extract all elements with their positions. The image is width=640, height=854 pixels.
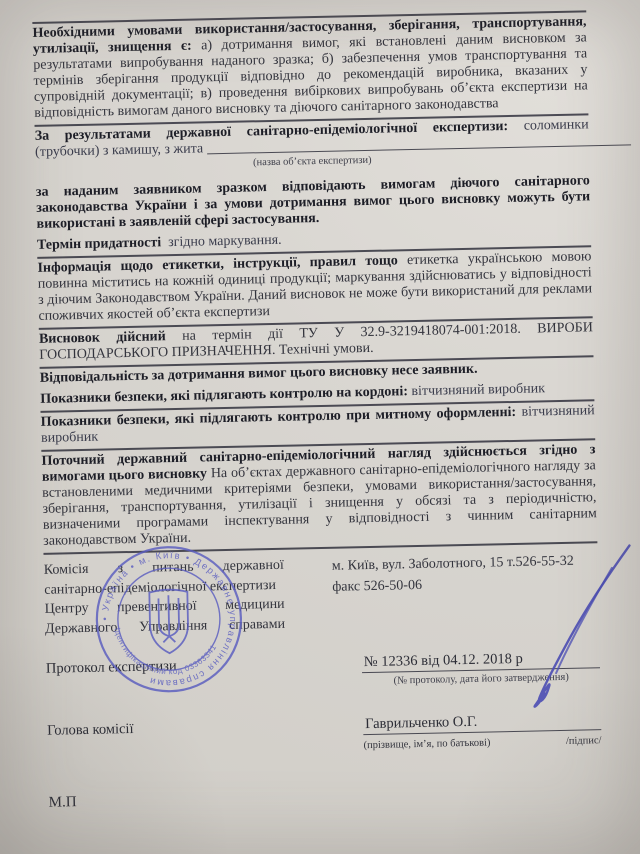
- clause-validity-lead: Висновок дійсний: [39, 329, 166, 347]
- shelf-life-value: згідно маркування.: [168, 233, 282, 250]
- trident-icon: [149, 589, 188, 653]
- clause-shelf-life-lead: Термін придатності: [37, 235, 161, 253]
- document-photo: Необхідними умовами використання/застосу…: [0, 0, 640, 854]
- official-round-stamp: • Україна • м. Київ • Державне управлінн…: [88, 539, 249, 700]
- head-name-caption: (прізвище, ім’я, по батькові): [363, 736, 490, 755]
- clause-labeling: Інформація щодо етикетки, інструкції, пр…: [37, 245, 592, 328]
- handwritten-signature: [491, 541, 640, 709]
- head-label: Голова комісії: [47, 721, 134, 739]
- head-of-commission-row: Голова комісії Гаврильченко О.Г. (прізви…: [47, 711, 602, 761]
- clause-expertise-result: За результатами державної санітарно-епід…: [35, 113, 590, 177]
- seal-place-label: М.П: [49, 783, 603, 811]
- clause-ongoing-supervision: Поточний державний санітарно-епідеміолог…: [41, 440, 597, 555]
- border-control-value: вітчизняний виробник: [411, 381, 545, 399]
- clause-usage-conditions: Необхідними умовами використання/застосу…: [32, 10, 588, 125]
- paper-sheet: Необхідними умовами використання/застосу…: [0, 0, 640, 854]
- head-signature-block: Гаврильченко О.Г. (прізвище, ім’я, по ба…: [363, 711, 602, 754]
- clause-expertise-result-lead: За результатами державної санітарно-епід…: [35, 119, 509, 144]
- signature-caption: /підпис/: [566, 733, 602, 750]
